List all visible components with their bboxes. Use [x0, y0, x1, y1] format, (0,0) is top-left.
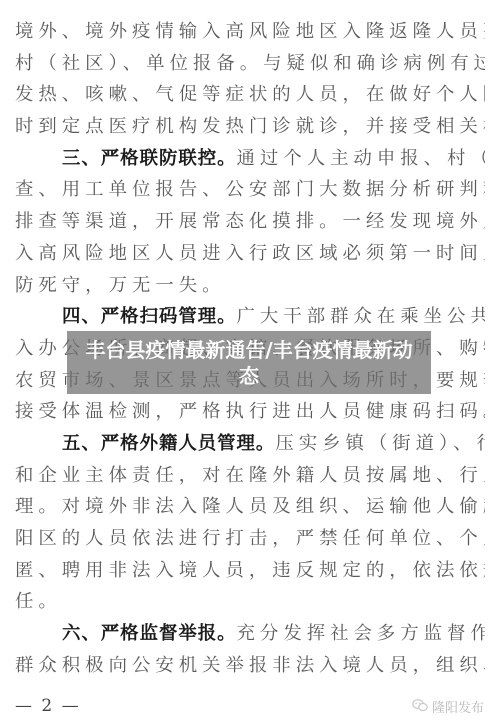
section-5-line: 五、严格外籍人员管理。压实乡镇（街道）、行业主管部门	[15, 428, 485, 460]
watermark-label: 隆阳发布	[432, 697, 484, 716]
overlay-title: 丰台县疫情最新通告/丰台疫情最新动态	[67, 337, 431, 389]
doc-line-19: 任。	[15, 586, 485, 618]
page-number: — 2 —	[15, 696, 81, 716]
doc-line-9: 防死守，万无一失。	[15, 270, 485, 302]
doc-line-6: 查、用工单位报告、公安部门大数据分析研判和推送、交通场站	[15, 174, 485, 206]
section-heading-5: 五、严格外籍人员管理。	[62, 433, 275, 454]
section-4-line: 四、严格扫码管理。广大干部群众在乘坐公共交通工具、进	[15, 301, 485, 333]
doc-line-2: 村（社区）、单位报备。与疑似和确诊病例有过密切接触或出现	[15, 48, 485, 80]
doc-line-1: 境外、境外疫情输入高风险地区入隆返隆人员要主动如实向所在	[15, 16, 485, 48]
section-heading-4: 四、严格扫码管理。	[62, 306, 237, 327]
doc-line-8: 入高风险地区人员进入行政区域必须第一时间上报处置，确保严	[15, 238, 485, 270]
doc-line-7: 排查等渠道，开展常态化摸排。一经发现境外人员及境外疫情输	[15, 206, 485, 238]
section-text-3: 通过个人主动申报、村（社区）滚动排	[237, 148, 485, 169]
source-watermark: 隆阳发布	[412, 697, 484, 716]
section-heading-6: 六、严格监督举报。	[62, 623, 237, 644]
doc-line-21: 群众积极向公安机关举报非法入境人员，组织、运送他人偷越国	[15, 650, 485, 682]
doc-line-17: 阳区的人员依法进行打击，严禁任何单位、个人接纳、容留、藏	[15, 523, 485, 555]
section-heading-3: 三、严格联防联控。	[62, 148, 237, 169]
section-6-line: 六、严格监督举报。充分发挥社会多方监督作用，鼓励广大	[15, 618, 485, 650]
doc-line-13: 接受体温检测，严格执行进出人员健康码扫码。	[15, 396, 485, 428]
doc-line-16: 理。对境外非法入隆人员及组织、运输他人偷越国（边）境至隆	[15, 491, 485, 523]
title-overlay-banner: 丰台县疫情最新通告/丰台疫情最新动态	[67, 331, 431, 394]
doc-line-18: 匿、聘用非法入境人员，违反规定的，依法依规严肃追究法律责	[15, 555, 485, 587]
section-text-6: 充分发挥社会多方监督作用，鼓励广大	[237, 623, 485, 644]
doc-line-15: 和企业主体责任，对在隆外籍人员按属地、行业分类进行从严管	[15, 460, 485, 492]
section-text-4: 广大干部群众在乘坐公共交通工具、进	[237, 306, 485, 327]
section-text-5: 压实乡镇（街道）、行业主管部门	[275, 433, 485, 454]
doc-line-3: 发热、咳嗽、气促等症状的人员，在做好个人防护的情况下，及	[15, 79, 485, 111]
doc-line-4: 时到定点医疗机构发热门诊就诊，并接受相关检测和医学管理。	[15, 111, 485, 143]
section-3-line: 三、严格联防联控。通过个人主动申报、村（社区）滚动排	[15, 143, 485, 175]
wechat-icon	[412, 698, 428, 716]
